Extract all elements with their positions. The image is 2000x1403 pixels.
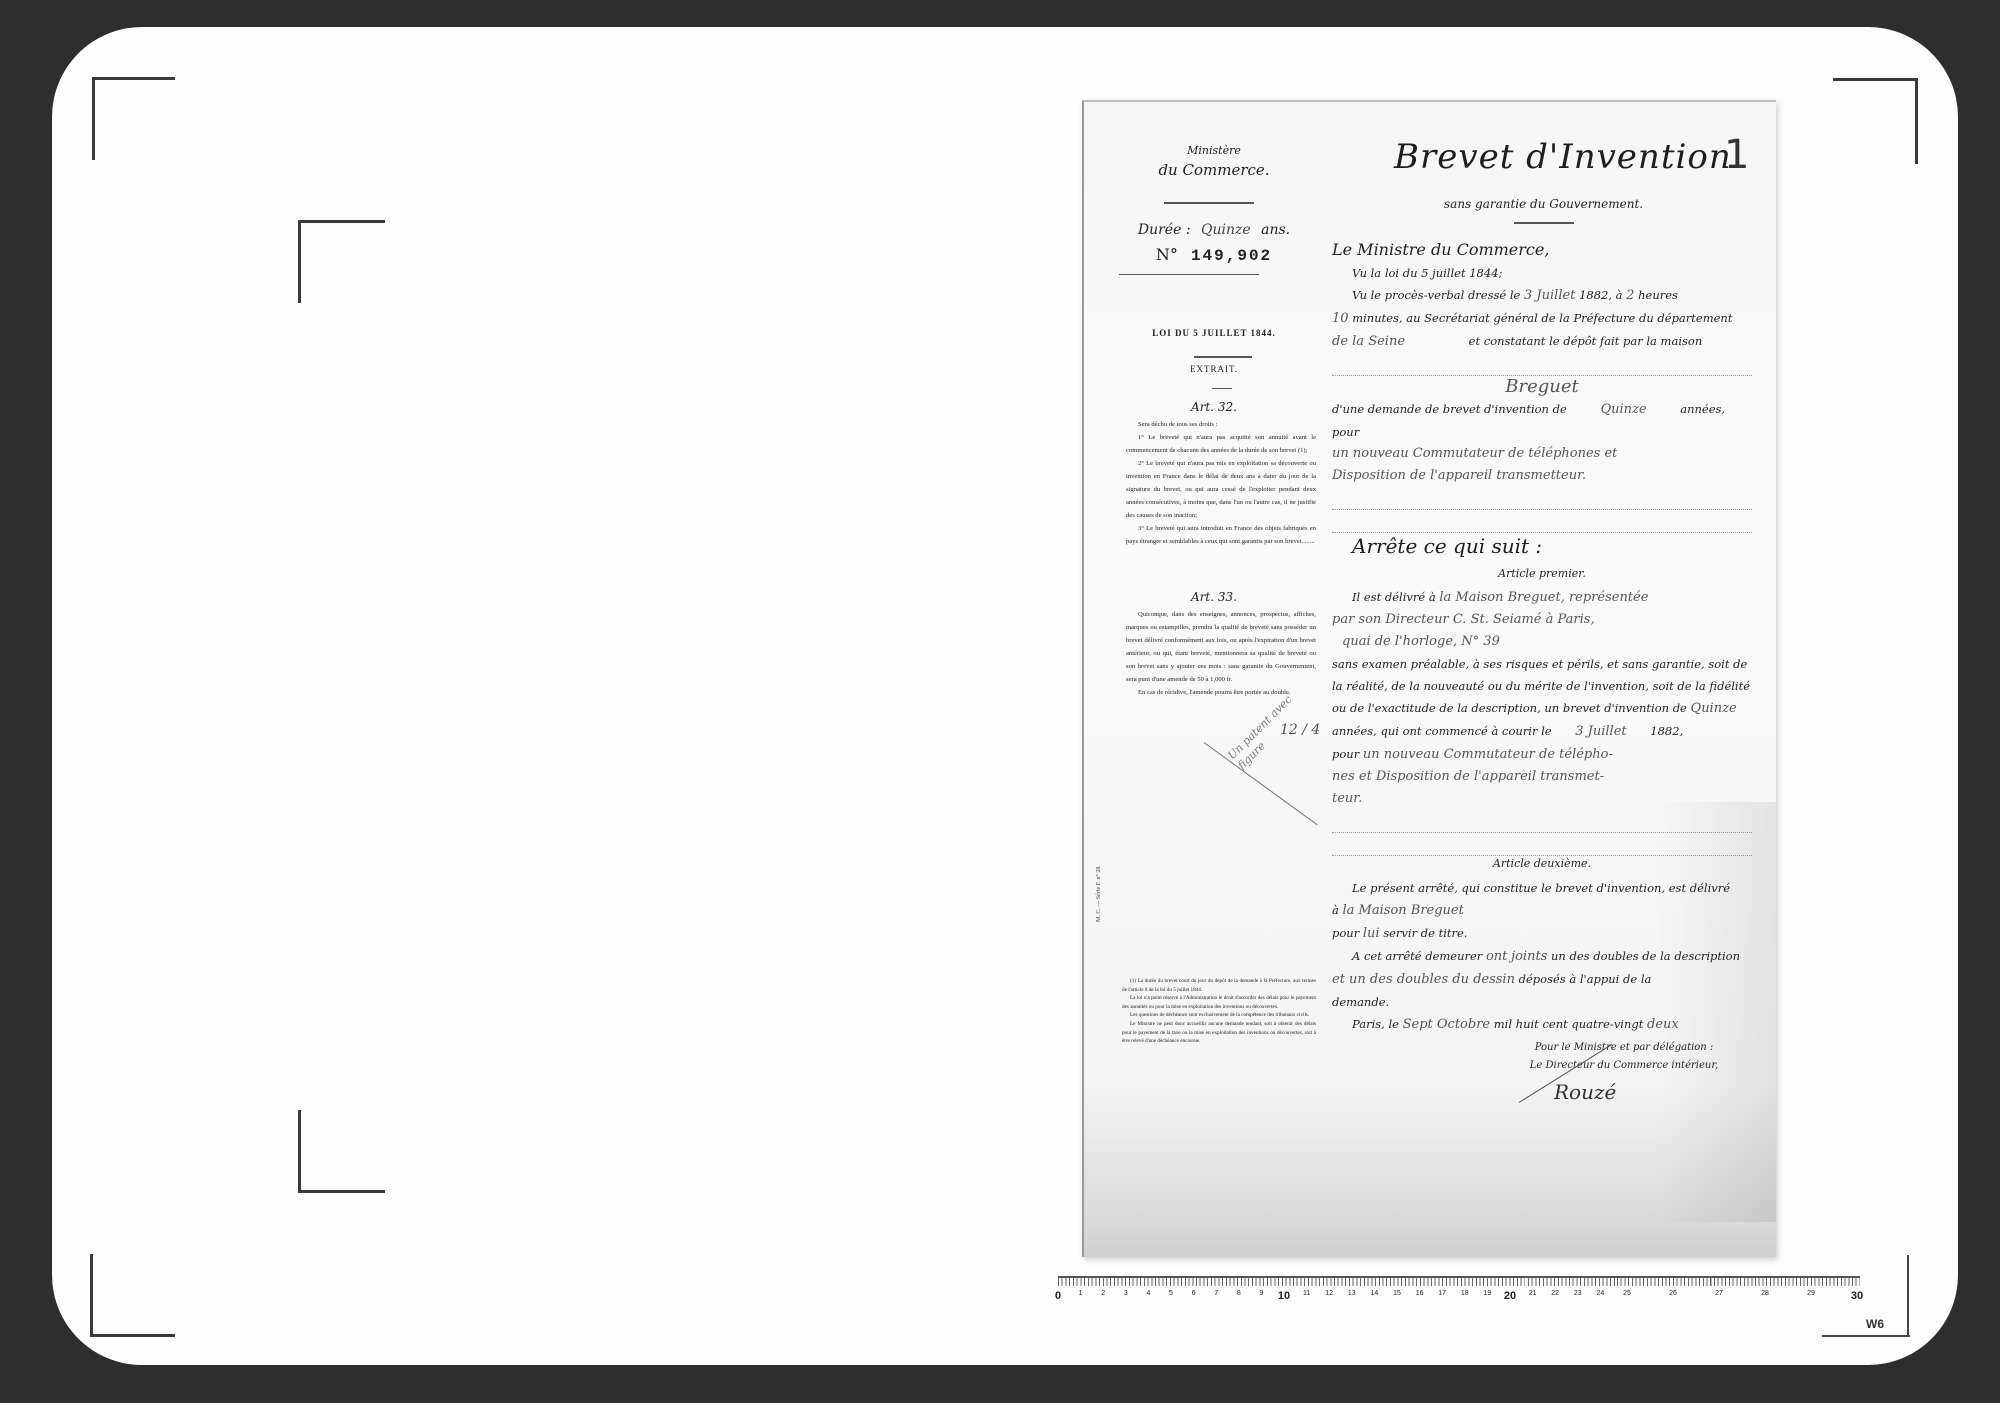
- art2-joint-hw2: joints: [1511, 949, 1547, 964]
- fraction-annotation: 12 / 4: [1280, 722, 1320, 738]
- art1-holder-line: Il est délivré à la Maison Breguet, repr…: [1332, 586, 1752, 609]
- proces-verbal-line: Vu le procès-verbal dressé le 3 Juillet …: [1332, 284, 1752, 307]
- ruler-label: 4: [1146, 1290, 1150, 1297]
- pv-heures: heures: [1638, 288, 1678, 302]
- divider: [1164, 202, 1254, 204]
- article-2-title: Article deuxième.: [1332, 857, 1752, 870]
- ruler-label: 24: [1596, 1290, 1604, 1297]
- patent-number: N° 149,902: [1114, 245, 1314, 265]
- demande-duration: Quinze: [1600, 402, 1646, 417]
- series-code: M. C. — Série F. n° 28.: [1096, 865, 1102, 922]
- pv-minutes: 10: [1332, 311, 1349, 326]
- ruler-label: 12: [1325, 1290, 1333, 1297]
- measurement-ruler-end: 25 26 27 28 29 30: [1617, 1276, 1917, 1316]
- ruler-label: 29: [1807, 1290, 1815, 1297]
- signature-line-1: Pour le Ministre et par délégation :: [1504, 1042, 1744, 1053]
- art2-body: Le présent arrêté, qui constitue le brev…: [1332, 877, 1752, 899]
- footnote: Les questions de déchéance sont exclusiv…: [1122, 1011, 1316, 1020]
- ruler-label: 5: [1169, 1290, 1173, 1297]
- art2-titre: servir de titre.: [1383, 926, 1467, 940]
- ruler-label: 9: [1259, 1290, 1263, 1297]
- blank-line: [1332, 833, 1752, 856]
- pv-depot: et constatant le dépôt fait par la maiso…: [1469, 334, 1703, 348]
- date-handwritten: Sept Octobre: [1403, 1017, 1491, 1032]
- art1-legal-text: sans examen préalable, à ses risques et …: [1332, 653, 1752, 743]
- invention-line-1: un nouveau Commutateur de téléphones et: [1332, 443, 1752, 465]
- crop-mark-bottom-left-inner: [298, 1110, 385, 1193]
- ruler-label: 6: [1192, 1290, 1196, 1297]
- crop-mark-top-right-outer: [1833, 78, 1918, 164]
- pv-hour: 2: [1626, 288, 1634, 303]
- ruler-label: 16: [1416, 1290, 1424, 1297]
- art2-pour: pour: [1332, 926, 1359, 940]
- ministry-line1: Ministère: [1144, 144, 1284, 157]
- ruler-label: 17: [1438, 1290, 1446, 1297]
- art2-demande: demande.: [1332, 991, 1752, 1013]
- art1-year: 1882,: [1650, 724, 1683, 738]
- date-year: deux: [1647, 1017, 1679, 1032]
- art2-joint-prefix: A cet arrêté demeurer: [1352, 949, 1482, 963]
- footnote: (1) La durée du brevet court du jour du …: [1122, 977, 1316, 994]
- ruler-label: 22: [1551, 1290, 1559, 1297]
- art2-dessin: et un des doubles du dessin: [1332, 972, 1515, 987]
- ruler-labels: 25 26 27 28 29 30: [1617, 1290, 1917, 1306]
- document-subtitle: sans garantie du Gouvernement.: [1444, 197, 1643, 211]
- crop-mark-top-left-inner: [298, 220, 385, 303]
- ruler-label: 27: [1715, 1290, 1723, 1297]
- art1-invention-line-1: pour un nouveau Commutateur de télépho-: [1332, 743, 1752, 766]
- pv-department: de la Seine: [1332, 334, 1405, 349]
- pv-prefix: Vu le procès-verbal dressé le: [1352, 288, 1520, 302]
- arrete-heading: Arrête ce qui suit :: [1352, 534, 1542, 558]
- art1-pour: pour: [1332, 747, 1359, 761]
- ruler-label: 11: [1303, 1290, 1310, 1297]
- art1-holder: la Maison Breguet, représentée: [1439, 590, 1648, 605]
- ruler-label: 30: [1851, 1290, 1863, 1302]
- art1-invention-1: un nouveau Commutateur de télépho-: [1363, 747, 1613, 762]
- crop-mark-bottom-left-outer: [90, 1254, 175, 1337]
- paragraph: Quiconque, dans des enseignes, annonces,…: [1126, 608, 1316, 686]
- divider: [1212, 388, 1232, 389]
- measurement-ruler: 0 1 2 3 4 5 6 7 8 9 10 11 12 13 14 15 16…: [1052, 1276, 1642, 1316]
- art2-a: à: [1332, 903, 1339, 917]
- article-33-title: Art. 33.: [1114, 590, 1314, 604]
- ruler-scale: [1617, 1276, 1860, 1286]
- ruler-label: 18: [1461, 1290, 1469, 1297]
- art1-date: 3 Juillet: [1575, 724, 1626, 739]
- demande-prefix: d'une demande de brevet d'invention de: [1332, 402, 1567, 416]
- paragraph: 3° Le breveté qui aura introduit en Fran…: [1126, 522, 1316, 548]
- duration-label: Durée :: [1138, 222, 1191, 238]
- ruler-label: 13: [1348, 1290, 1356, 1297]
- paragraph: 2° Le breveté qui n'aura pas mis en expl…: [1126, 457, 1316, 522]
- invention-line-2: Disposition de l'appareil transmetteur.: [1332, 465, 1752, 487]
- ruler-label: 8: [1237, 1290, 1241, 1297]
- art2-deposes: déposés à l'appui de la: [1519, 972, 1652, 986]
- art1-duration: Quinze: [1691, 701, 1737, 716]
- pv-date: 3 Juillet: [1524, 288, 1575, 303]
- ruler-label: 15: [1393, 1290, 1401, 1297]
- ruler-scale: [1058, 1276, 1618, 1286]
- pv-minutes-text: minutes, au Secrétariat général de la Pr…: [1352, 311, 1732, 325]
- art1-line-3: quai de l'horloge, N° 39: [1332, 631, 1752, 653]
- paragraph: Sera déchu de tous ses droits :: [1126, 418, 1316, 431]
- blank-line: [1332, 810, 1752, 833]
- art2-holder-line: à la Maison Breguet: [1332, 899, 1752, 922]
- art1-body: sans examen préalable, à ses risques et …: [1332, 657, 1750, 715]
- corner-mark: 1: [1724, 132, 1749, 178]
- article-32-title: Art. 32.: [1114, 400, 1314, 414]
- article-32-text: Sera déchu de tous ses droits : 1° Le br…: [1126, 418, 1316, 548]
- crop-mark-top-left-outer: [92, 77, 175, 160]
- duration-suffix: ans.: [1261, 222, 1290, 238]
- signature-line-2: Le Directeur du Commerce intérieur,: [1504, 1060, 1744, 1071]
- art2-joint-hw1: ont: [1486, 949, 1507, 964]
- ministry-header: Ministère du Commerce.: [1144, 144, 1284, 179]
- article-33-text: Quiconque, dans des enseignes, annonces,…: [1126, 608, 1316, 699]
- divider: [1514, 222, 1574, 224]
- demande-line: d'une demande de brevet d'invention de Q…: [1332, 398, 1752, 443]
- ministry-line2: du Commerce.: [1144, 161, 1284, 179]
- art2-titre-line: pour lui servir de titre.: [1332, 922, 1752, 945]
- applicant-name: Breguet: [1332, 376, 1752, 398]
- ruler-label: 0: [1055, 1290, 1061, 1302]
- vu-loi: Vu la loi du 5 juillet 1844;: [1332, 262, 1752, 284]
- document-title: Brevet d'Invention: [1394, 137, 1732, 177]
- ruler-label: 10: [1278, 1290, 1290, 1302]
- art1-prefix: Il est délivré à: [1352, 590, 1436, 604]
- pv-dept-line: de la Seine et constatant le dépôt fait …: [1332, 330, 1752, 353]
- ruler-labels: 0 1 2 3 4 5 6 7 8 9 10 11 12 13 14 15 16…: [1052, 1290, 1642, 1306]
- art2-holder: la Maison Breguet: [1343, 903, 1464, 918]
- preamble: Vu la loi du 5 juillet 1844; Vu le procè…: [1332, 262, 1752, 533]
- patent-document: Ministère du Commerce. Durée : Quinze an…: [1082, 100, 1776, 1257]
- art2-dessin-line: et un des doubles du dessin déposés à l'…: [1332, 968, 1752, 991]
- blank-line: [1332, 353, 1752, 376]
- patent-number-value: 149,902: [1191, 247, 1272, 265]
- pv-year: 1882,: [1579, 288, 1612, 302]
- footnotes: (1) La durée du brevet court du jour du …: [1122, 977, 1316, 1046]
- minister-heading: Le Ministre du Commerce,: [1332, 240, 1549, 259]
- art2-joint-line: A cet arrêté demeurer ont joints un des …: [1332, 945, 1752, 968]
- date-mid: mil huit cent quatre-vingt: [1494, 1017, 1644, 1031]
- paragraph: 1° Le breveté qui n'aura pas acquitté so…: [1126, 431, 1316, 457]
- reference-mark: W6: [1866, 1317, 1884, 1331]
- divider: [1119, 274, 1259, 275]
- art1-invention-line-2: nes et Disposition de l'appareil transme…: [1332, 766, 1752, 788]
- art2-lui: lui: [1363, 926, 1380, 941]
- ruler-label: 2: [1101, 1290, 1105, 1297]
- duration-value: Quinze: [1201, 222, 1251, 238]
- pv-at: à: [1616, 288, 1623, 302]
- art2-joint-suffix: un des doubles de la description: [1551, 949, 1740, 963]
- ruler-label: 28: [1761, 1290, 1769, 1297]
- ruler-label: 21: [1529, 1290, 1537, 1297]
- article-1-title: Article premier.: [1332, 567, 1752, 580]
- crop-mark-bottom-right: [1822, 1335, 1910, 1337]
- patent-number-label: N°: [1156, 245, 1178, 264]
- ruler-label: 23: [1574, 1290, 1582, 1297]
- ruler-label: 25: [1623, 1290, 1631, 1297]
- ruler-label: 7: [1214, 1290, 1218, 1297]
- art1-line-2: par son Directeur C. St. Seiamé à Paris,: [1332, 609, 1752, 631]
- ruler-label: 20: [1504, 1290, 1516, 1302]
- signature: Rouzé: [1554, 1080, 1616, 1104]
- ruler-label: 14: [1370, 1290, 1378, 1297]
- crop-mark-bottom-right-vertical: [1907, 1255, 1909, 1337]
- extract-heading: EXTRAIT.: [1114, 364, 1314, 374]
- article-1-body: Il est délivré à la Maison Breguet, repr…: [1332, 586, 1752, 856]
- ruler-label: 1: [1079, 1290, 1083, 1297]
- footnote: Le Ministre ne peut donc accueillir aucu…: [1122, 1020, 1316, 1046]
- divider: [1194, 356, 1252, 358]
- ruler-label: 19: [1483, 1290, 1491, 1297]
- footnote: La loi n'a point réservé à l'Administrat…: [1122, 994, 1316, 1011]
- art1-annees: années, qui ont commencé à courir le: [1332, 724, 1552, 738]
- date-prefix: Paris, le: [1352, 1017, 1399, 1031]
- ruler-label: 26: [1669, 1290, 1677, 1297]
- blank-line: [1332, 487, 1752, 510]
- art1-invention-line-3: teur.: [1332, 788, 1752, 810]
- pv-minutes-line: 10 minutes, au Secrétariat général de la…: [1332, 307, 1752, 330]
- duration-field: Durée : Quinze ans.: [1114, 222, 1314, 238]
- law-title: LOI DU 5 JUILLET 1844.: [1114, 328, 1314, 338]
- date-line: Paris, le Sept Octobre mil huit cent qua…: [1332, 1013, 1752, 1036]
- article-2-body: Le présent arrêté, qui constitue le brev…: [1332, 877, 1752, 1036]
- blank-line: [1332, 510, 1752, 533]
- ruler-label: 3: [1124, 1290, 1128, 1297]
